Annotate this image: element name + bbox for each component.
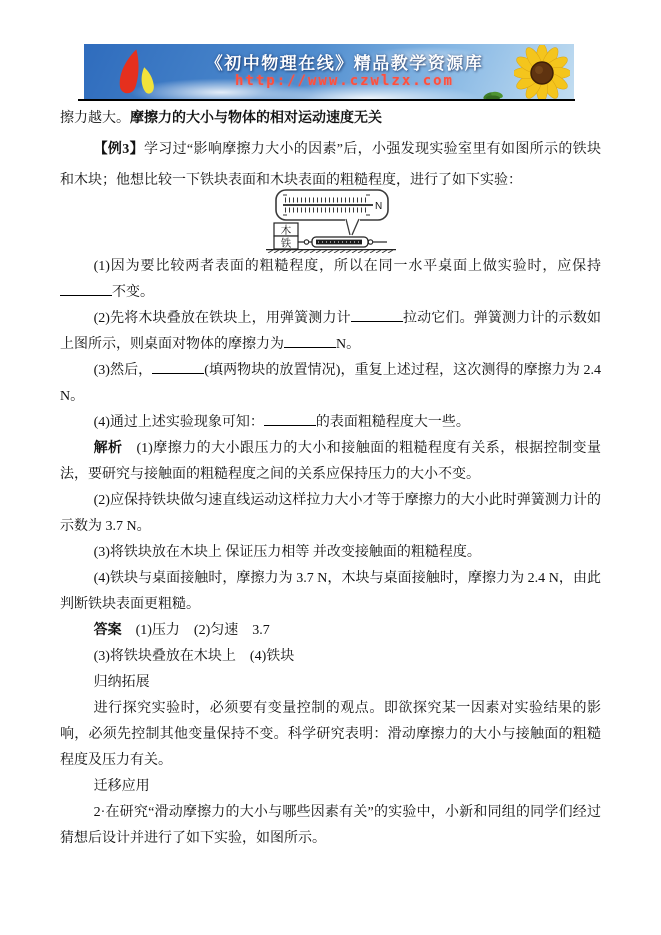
question-3: (3)然后，(填两物块的放置情况)，重复上述过程，这次测得的摩擦力为 2.4 N… <box>60 358 601 410</box>
answer-line-2: (3)将铁块叠放在木块上 (4)铁块 <box>60 644 601 670</box>
fill-in-blank <box>351 308 403 322</box>
text-segment: 进行探究实验时，必须要有变量控制的观点。即欲探究某一因素对实验结果的影响，必须先… <box>60 701 601 768</box>
iron-block-label: 铁 <box>280 237 291 250</box>
experiment-figure: N 木 铁 <box>60 196 601 254</box>
fill-in-blank <box>284 334 336 348</box>
plant-icon <box>482 85 508 99</box>
transfer-question-paragraph: 2·在研究“滑动摩擦力的大小与哪些因素有关”的实验中，小新和同组的同学们经过猜想… <box>60 800 601 852</box>
example-label: 【例3】 <box>94 142 144 157</box>
text-segment: (4)铁块与桌面接触时，摩擦力为 3.7 N，木块与桌面接触时，摩擦力为 2.4… <box>60 571 601 612</box>
ground-surface <box>266 250 396 253</box>
site-url-link[interactable]: http://www.czwlzx.com <box>192 73 497 89</box>
question-1: (1)因为要比较两者表面的粗糙程度，所以在同一水平桌面上做实验时，应保持不变。 <box>60 254 601 306</box>
text-segment: 的表面粗糙程度大一些。 <box>316 415 470 430</box>
site-banner: 《初中物理在线》精品教学资源库 http://www.czwlzx.com <box>84 44 574 99</box>
heading-text: 归纳拓展 <box>94 675 150 690</box>
text-segment: (2)先将木块叠放在铁块上，用弹簧测力计 <box>94 311 351 326</box>
text-segment: (3)将铁块放在木块上 保证压力相等 并改变接触面的粗糙程度。 <box>94 545 481 560</box>
text-segment: (4)通过上述实验现象可知： <box>94 415 264 430</box>
analysis-paragraph-4: (4)铁块与桌面接触时，摩擦力为 3.7 N，木块与桌面接触时，摩擦力为 2.4… <box>60 566 601 618</box>
section-heading-transfer: 迁移应用 <box>60 774 601 800</box>
stacked-blocks: 木 铁 <box>274 223 298 250</box>
heading-text: 迁移应用 <box>94 779 150 794</box>
header-divider <box>78 99 575 101</box>
scale-unit-label: N <box>375 201 382 212</box>
text-segment: N。 <box>336 337 360 352</box>
site-title: 《初中物理在线》精品教学资源库 <box>192 49 497 74</box>
analysis-paragraph-1: 解析(1)摩擦力的大小跟压力的大小和接触面的粗糙程度有关系，根据控制变量法，要研… <box>60 436 601 488</box>
paragraph-example3: 【例3】学习过“影响摩擦力大小的因素”后，小强发现实验室里有如图所示的铁块和木块… <box>60 134 601 196</box>
text-segment: 擦力越大。 <box>60 111 130 126</box>
text-segment-bold: 摩擦力的大小与物体的相对运动速度无关 <box>130 111 382 126</box>
site-logo-icon <box>110 47 156 97</box>
text-segment: (3)然后， <box>94 363 153 378</box>
text-segment: 不变。 <box>112 285 154 300</box>
text-segment: (3)将铁块叠放在木块上 (4)铁块 <box>94 649 295 664</box>
analysis-label: 解析 <box>94 441 123 456</box>
fill-in-blank <box>264 412 316 426</box>
question-4: (4)通过上述实验现象可知：的表面粗糙程度大一些。 <box>60 410 601 436</box>
answer-line-1: 答案(1)压力 (2)匀速 3.7 <box>60 618 601 644</box>
text-segment: (1)压力 (2)匀速 3.7 <box>136 623 270 638</box>
spring-dynamometer <box>298 237 387 247</box>
analysis-paragraph-2: (2)应保持铁块做匀速直线运动这样拉力大小才等于摩擦力的大小此时弹簧测力计的示数… <box>60 488 601 540</box>
text-segment: 2·在研究“滑动摩擦力的大小与哪些因素有关”的实验中，小新和同组的同学们经过猜想… <box>60 805 601 846</box>
analysis-paragraph-3: (3)将铁块放在木块上 保证压力相等 并改变接触面的粗糙程度。 <box>60 540 601 566</box>
answer-label: 答案 <box>94 623 122 638</box>
summary-paragraph: 进行探究实验时，必须要有变量控制的观点。即欲探究某一因素对实验结果的影响，必须先… <box>60 696 601 774</box>
question-2: (2)先将木块叠放在铁块上，用弹簧测力计拉动它们。弹簧测力计的示数如上图所示，则… <box>60 306 601 358</box>
sunflower-icon <box>514 45 570 99</box>
fill-in-blank <box>152 360 204 374</box>
wood-block-label: 木 <box>280 224 291 237</box>
fill-in-blank <box>60 282 112 296</box>
paragraph-friction-note: 擦力越大。摩擦力的大小与物体的相对运动速度无关 <box>60 103 601 134</box>
document-body: 擦力越大。摩擦力的大小与物体的相对运动速度无关 【例3】学习过“影响摩擦力大小的… <box>60 103 601 852</box>
text-segment: (1)摩擦力的大小跟压力的大小和接触面的粗糙程度有关系，根据控制变量法，要研究与… <box>60 441 601 482</box>
text-segment: (2)应保持铁块做匀速直线运动这样拉力大小才等于摩擦力的大小此时弹簧测力计的示数… <box>60 493 601 534</box>
text-segment: (1)因为要比较两者表面的粗糙程度，所以在同一水平桌面上做实验时，应保持 <box>94 259 601 274</box>
section-heading-summary: 归纳拓展 <box>60 670 601 696</box>
